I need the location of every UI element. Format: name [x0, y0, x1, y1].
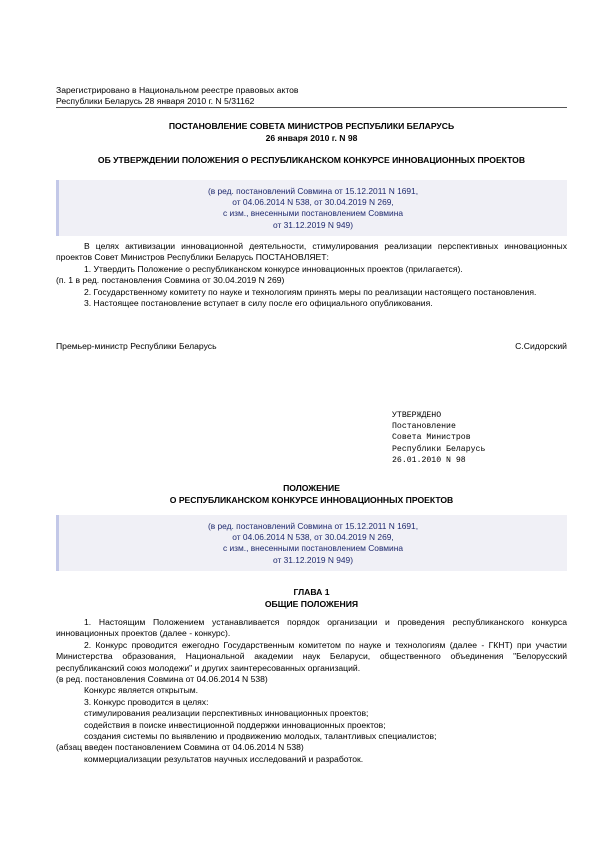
clause-1: 1. Настоящим Положением устанавливается … [56, 617, 567, 640]
resolution-title-block: ПОСТАНОВЛЕНИЕ СОВЕТА МИНИСТРОВ РЕСПУБЛИК… [56, 121, 567, 144]
edition-line: от 04.06.2014 N 538, от 30.04.2019 N 269… [59, 197, 567, 208]
goal-item: содействия в поиске инвестиционной подде… [56, 720, 567, 731]
goal-item: коммерциализации результатов научных исс… [56, 754, 567, 765]
resolution-subject: ОБ УТВЕРЖДЕНИИ ПОЛОЖЕНИЯ О РЕСПУБЛИКАНСК… [56, 155, 567, 167]
approved-line: УТВЕРЖДЕНО [392, 410, 485, 421]
signature-block: Премьер-министр Республики Беларусь С.Си… [56, 341, 567, 351]
registration-note: Зарегистрировано в Национальном реестре … [56, 85, 567, 107]
chapter-number: ГЛАВА 1 [56, 586, 567, 598]
approved-line: Постановление [392, 421, 485, 432]
item-2: 2. Государственному комитету по науке и … [56, 287, 567, 298]
edition-line: с изм., внесенными постановлением Совмин… [59, 543, 567, 554]
chapter-heading: ГЛАВА 1 ОБЩИЕ ПОЛОЖЕНИЯ [56, 586, 567, 610]
resolution-title: ПОСТАНОВЛЕНИЕ СОВЕТА МИНИСТРОВ РЕСПУБЛИК… [56, 121, 567, 133]
regulation-title: ПОЛОЖЕНИЕ [56, 482, 567, 494]
editions-box: (в ред. постановлений Совмина от 15.12.2… [56, 180, 567, 236]
edition-line: (в ред. постановлений Совмина от 15.12.2… [59, 186, 567, 197]
preamble: В целях активизации инновационной деятел… [56, 241, 567, 264]
edition-line: от 31.12.2019 N 949) [59, 220, 567, 231]
header-divider [56, 107, 567, 108]
item-1-note: (п. 1 в ред. постановления Совмина от 30… [56, 275, 567, 286]
registration-line-2: Республики Беларусь 28 января 2010 г. N … [56, 96, 567, 107]
approved-stamp: УТВЕРЖДЕНОПостановлениеСовета МинистровР… [392, 410, 485, 466]
edition-line: (в ред. постановлений Совмина от 15.12.2… [59, 521, 567, 532]
goal-item: создания системы по выявлению и продвиже… [56, 731, 567, 742]
item-3: 3. Настоящее постановление вступает в си… [56, 298, 567, 309]
goal-item: стимулирования реализации перспективных … [56, 708, 567, 719]
clause-2: 2. Конкурс проводится ежегодно Государст… [56, 640, 567, 674]
editions-box: (в ред. постановлений Совмина от 15.12.2… [56, 515, 567, 571]
edition-line: от 31.12.2019 N 949) [59, 555, 567, 566]
chapter-body: 1. Настоящим Положением устанавливается … [56, 617, 567, 765]
edition-line: от 04.06.2014 N 538, от 30.04.2019 N 269… [59, 532, 567, 543]
chapter-title: ОБЩИЕ ПОЛОЖЕНИЯ [56, 598, 567, 610]
edition-line: с изм., внесенными постановлением Совмин… [59, 208, 567, 219]
item-1: 1. Утвердить Положение о республиканском… [56, 264, 567, 275]
goal-3-note: (абзац введен постановлением Совмина от … [56, 742, 567, 753]
approved-line: 26.01.2010 N 98 [392, 455, 485, 466]
registration-line-1: Зарегистрировано в Национальном реестре … [56, 85, 567, 96]
signatory-name: С.Сидорский [515, 341, 567, 351]
clause-3: 3. Конкурс проводится в целях: [56, 697, 567, 708]
clause-2-note: (в ред. постановления Совмина от 04.06.2… [56, 674, 567, 685]
resolution-body: В целях активизации инновационной деятел… [56, 241, 567, 309]
regulation-title-block: ПОЛОЖЕНИЕ О РЕСПУБЛИКАНСКОМ КОНКУРСЕ ИНН… [56, 482, 567, 506]
approved-line: Совета Министров [392, 432, 485, 443]
clause-2-open: Конкурс является открытым. [56, 685, 567, 696]
signatory-position: Премьер-министр Республики Беларусь [56, 341, 217, 351]
approved-line: Республики Беларусь [392, 444, 485, 455]
regulation-subtitle: О РЕСПУБЛИКАНСКОМ КОНКУРСЕ ИННОВАЦИОННЫХ… [56, 494, 567, 506]
resolution-date: 26 января 2010 г. N 98 [56, 133, 567, 145]
